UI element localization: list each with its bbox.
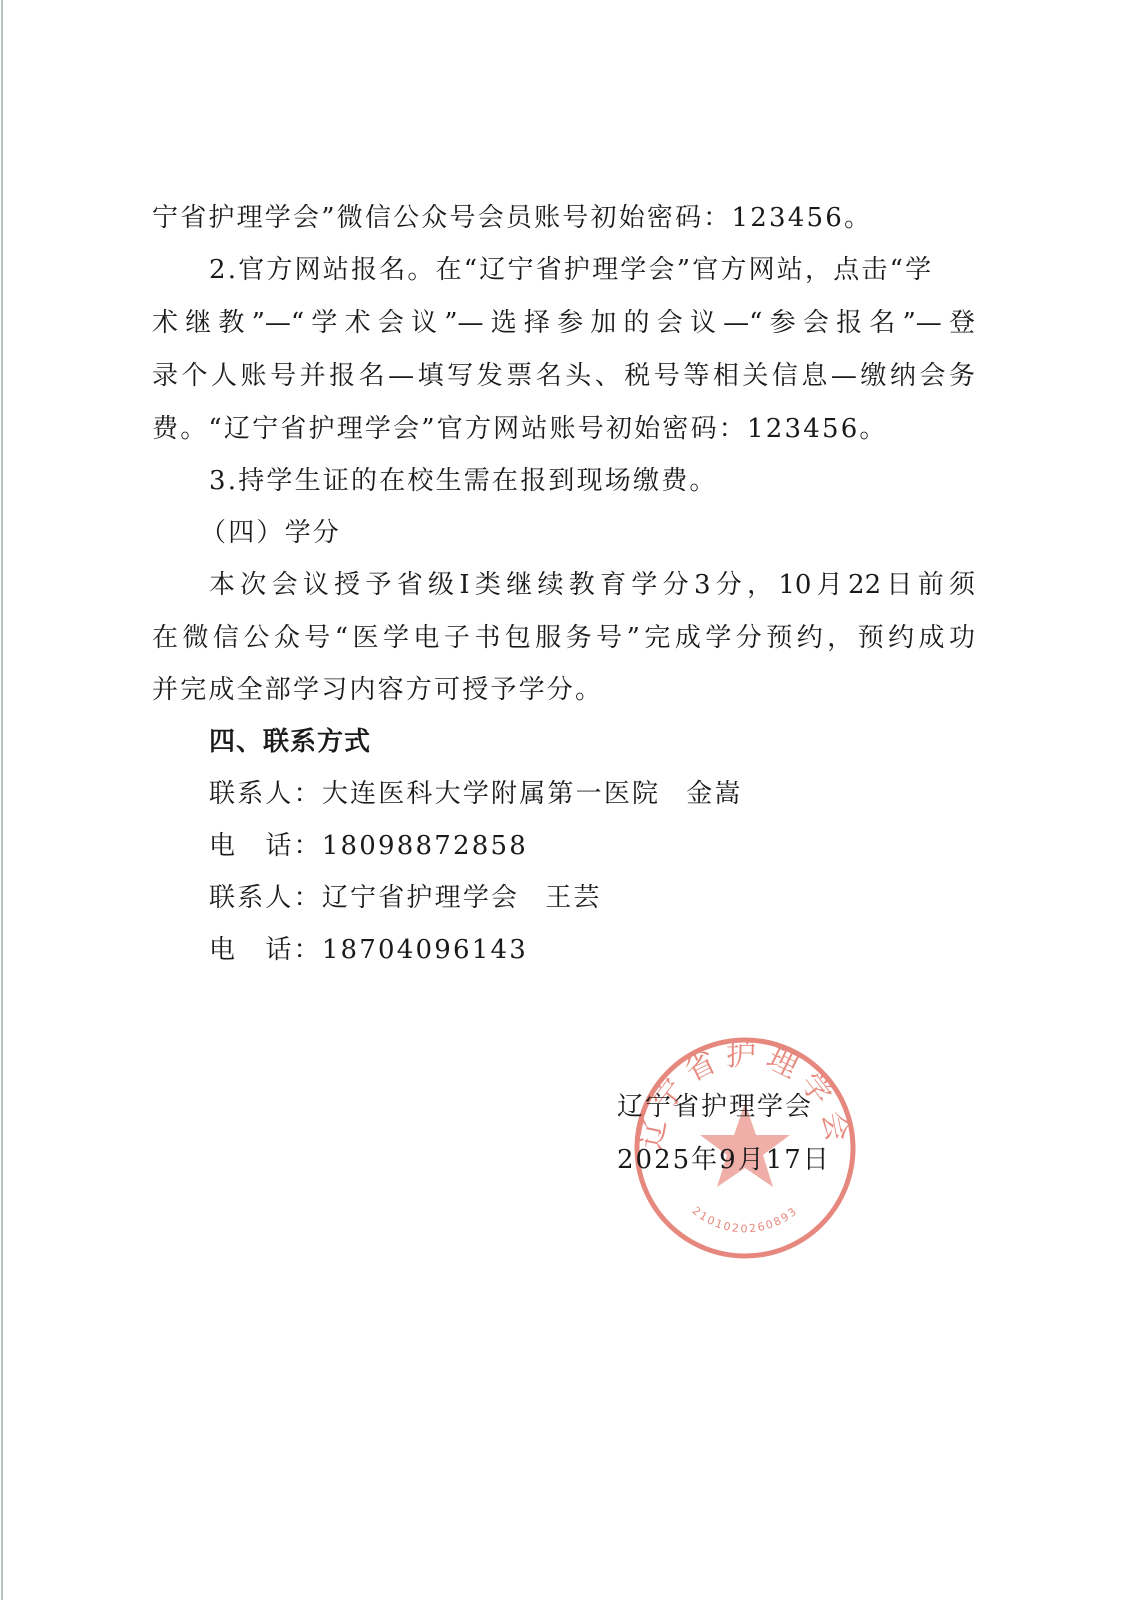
svg-text:2101020260893: 2101020260893 bbox=[690, 1204, 801, 1235]
paragraph-line: 在微信公众号“医学电子书包服务号”完成学分预约，预约成功 bbox=[152, 621, 975, 655]
paragraph-line: 3.持学生证的在校生需在报到现场缴费。 bbox=[209, 464, 1039, 498]
phone-number: 18704096143 bbox=[322, 935, 528, 965]
seal-code: 2101020260893 bbox=[690, 1204, 801, 1235]
paragraph-line: 2.官方网站报名。在“辽宁省护理学会”官方网站，点击“学 bbox=[209, 253, 979, 287]
section-heading-contact: 四、联系方式 bbox=[209, 725, 1039, 759]
contact-name: 王芸 bbox=[545, 883, 601, 913]
signature-organization: 辽宁省护理学会 bbox=[617, 1090, 813, 1124]
contact-label: 联系人： bbox=[209, 883, 322, 913]
contact-person-2: 联系人：辽宁省护理学会王芸 bbox=[209, 881, 1039, 915]
contact-phone-2: 电 话：18704096143 bbox=[209, 933, 1039, 967]
paragraph-line: 录个人账号并报名—填写发票名头、税号等相关信息—缴纳会务 bbox=[152, 359, 975, 393]
paragraph-line: 术继教”—“学术会议”—选择参加的会议—“参会报名”—登 bbox=[152, 306, 975, 340]
contact-person-1: 联系人：大连医科大学附属第一医院金嵩 bbox=[209, 777, 1039, 811]
subheading-credits: （四）学分 bbox=[200, 516, 1030, 550]
paragraph-line: 并完成全部学习内容方可授予学分。 bbox=[152, 673, 982, 707]
scan-edge-line bbox=[1, 0, 3, 1600]
phone-label: 电 话： bbox=[209, 935, 322, 965]
signature-date: 2025年9月17日 bbox=[617, 1143, 831, 1177]
contact-org: 辽宁省护理学会 bbox=[322, 883, 519, 913]
phone-number: 18098872858 bbox=[322, 831, 528, 861]
contact-label: 联系人： bbox=[209, 779, 322, 809]
contact-phone-1: 电 话：18098872858 bbox=[209, 829, 1039, 863]
phone-label: 电 话： bbox=[209, 831, 322, 861]
paragraph-line: 宁省护理学会”微信公众号会员账号初始密码：123456。 bbox=[152, 201, 982, 235]
paragraph-line: 本次会议授予省级Ⅰ类继续教育学分3分，10月22日前须 bbox=[209, 568, 975, 602]
contact-name: 金嵩 bbox=[686, 779, 742, 809]
paragraph-line: 费。“辽宁省护理学会”官方网站账号初始密码：123456。 bbox=[152, 412, 982, 446]
contact-org: 大连医科大学附属第一医院 bbox=[322, 779, 660, 809]
